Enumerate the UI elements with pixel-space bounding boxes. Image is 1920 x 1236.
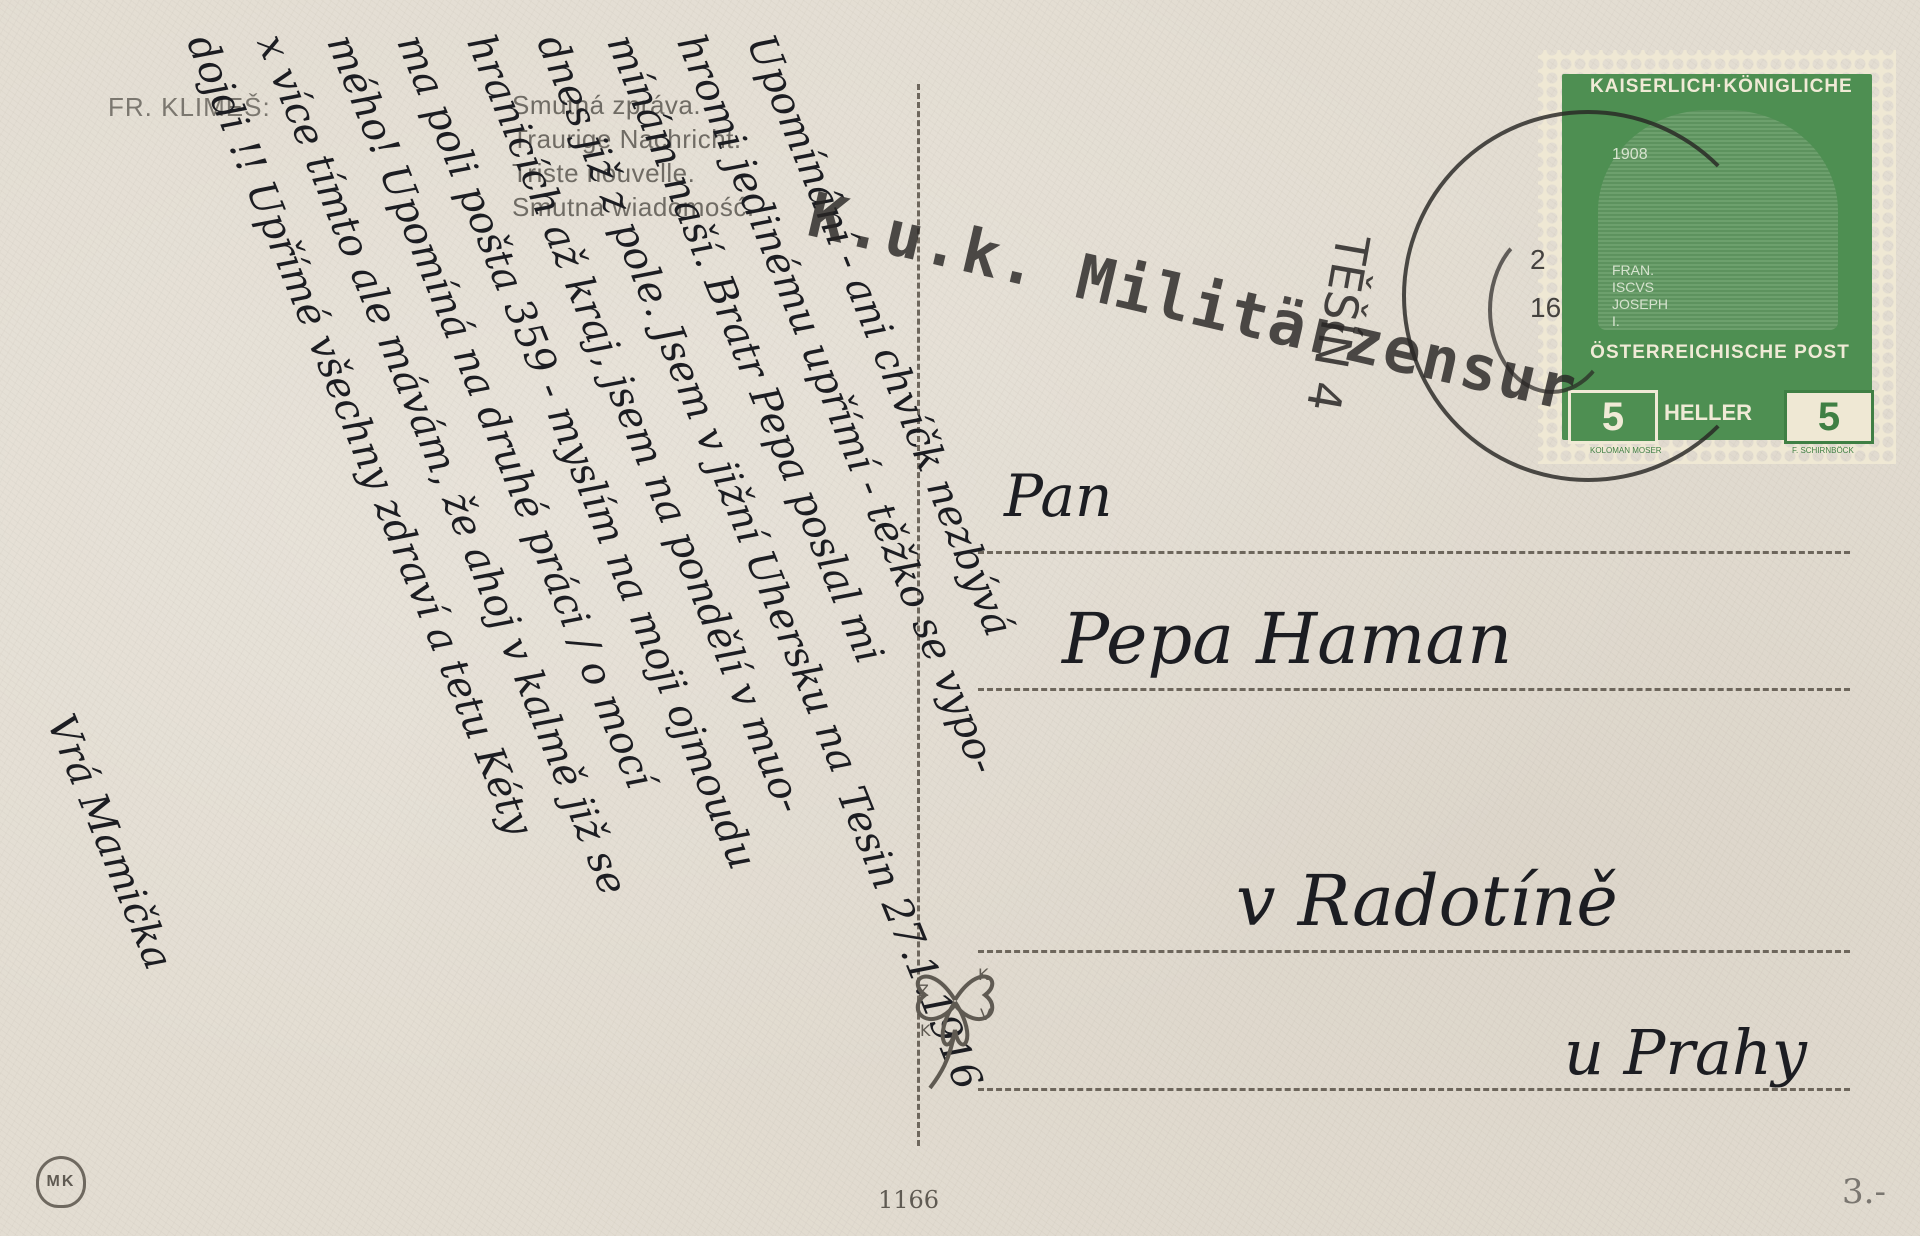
- publisher-logo-icon: MK: [36, 1156, 86, 1208]
- address-line: [978, 688, 1850, 691]
- message-signature: Vrá Mamička: [37, 708, 181, 976]
- address-line: [978, 551, 1850, 554]
- stamp-value-right: 5: [1784, 390, 1874, 444]
- address-region: u Prahy: [1564, 1016, 1807, 1089]
- address-line: [978, 950, 1850, 953]
- pencil-price-note: 3.-: [1842, 1172, 1886, 1212]
- svg-text:Z: Z: [918, 981, 929, 1000]
- svg-text:K: K: [920, 1021, 931, 1040]
- postmark-date: 2 16: [1530, 236, 1561, 332]
- postmark-year: 16: [1530, 284, 1561, 332]
- svg-text:V: V: [980, 1005, 991, 1024]
- four-leaf-clover-icon: Z K V K: [900, 940, 1010, 1090]
- address-recipient: Pepa Haman: [1062, 598, 1512, 680]
- card-number: 1166: [878, 1186, 939, 1214]
- address-town: v Radotíně: [1236, 860, 1618, 942]
- postcard: FR. KLIMEŠ: Smutná zpráva. Traurige Nach…: [0, 0, 1920, 1236]
- stamp-engraver-credit: F. SCHIRNBÖCK: [1792, 446, 1854, 455]
- svg-text:K: K: [978, 965, 989, 984]
- handwritten-message: Upomínání - ani chvíčk nezbývá hromi jed…: [10, 8, 890, 1228]
- postmark-day: 2: [1530, 236, 1561, 284]
- stamp-top-text: KAISERLICH·KÖNIGLICHE: [1590, 76, 1850, 98]
- address-salutation: Pan: [1004, 462, 1112, 530]
